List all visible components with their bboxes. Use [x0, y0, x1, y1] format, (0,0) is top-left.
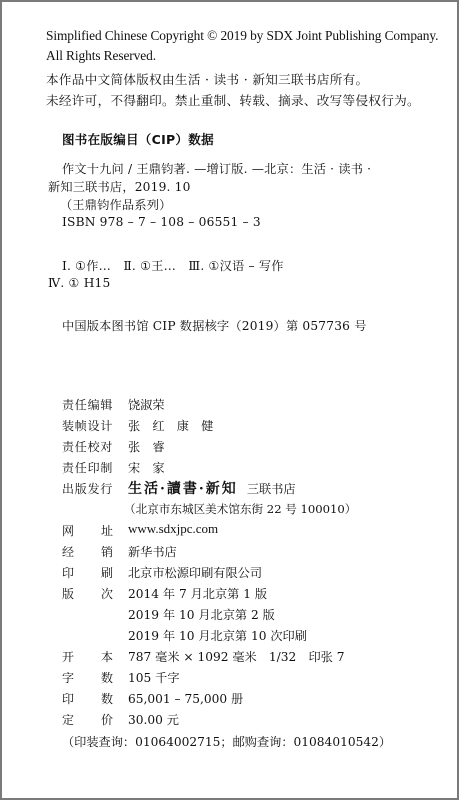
cip-series: （王鼎钧作品系列） [60, 196, 172, 213]
spec-label-a-price: 定 [62, 711, 74, 728]
spec-label-b-wordcount: 数 [101, 669, 113, 686]
credit-value-editor: 饶淑荣 [128, 396, 165, 413]
cip-classification-line1: Ⅰ. ①作… Ⅱ. ①王… Ⅲ. ①汉语 – 写作 [62, 257, 284, 274]
credit-label-design: 装帧设计 [62, 417, 113, 434]
detail-label-b-edition: 次 [101, 585, 113, 602]
spec-label-a-wordcount: 字 [62, 669, 74, 686]
credit-label-proofreader: 责任校对 [62, 438, 113, 455]
credit-value-design: 张 红 康 健 [128, 417, 213, 434]
cip-entry-line2: 新知三联书店，2019. 10 [48, 178, 191, 195]
copyright-page: Simplified Chinese Copyright © 2019 by S… [0, 0, 459, 800]
copyright-english-line2: All Rights Reserved. [46, 48, 156, 64]
price-value: 30.00 元 [128, 711, 179, 728]
printer-value: 北京市松源印刷有限公司 [128, 564, 262, 581]
publisher-logo: 生活·讀書·新知 [128, 481, 238, 497]
detail-label-a-website: 网 [62, 522, 74, 539]
spec-label-a-format: 开 [62, 648, 74, 665]
edition-second: 2019 年 10 月北京第 2 版 [128, 606, 275, 623]
wordcount-value: 105 千字 [128, 669, 180, 686]
cip-isbn: ISBN 978 – 7 – 108 – 06551 – 3 [62, 215, 261, 229]
spec-label-b-format: 本 [101, 648, 113, 665]
detail-label-a-distributor: 经 [62, 543, 74, 560]
credit-label-editor: 责任编辑 [62, 396, 113, 413]
cip-library-record: 中国版本图书馆 CIP 数据核字（2019）第 057736 号 [62, 317, 367, 334]
detail-label-a-printer: 印 [62, 564, 74, 581]
format-value: 787 毫米 × 1092 毫米 1/32 印张 7 [128, 648, 344, 665]
cip-classification-line2: Ⅳ. ① H15 [48, 276, 110, 290]
detail-label-a-edition: 版 [62, 585, 74, 602]
copyright-english-line1: Simplified Chinese Copyright © 2019 by S… [46, 28, 438, 44]
copyright-chinese-line1: 本作品中文简体版权由生活 · 读书 · 新知三联书店所有。 [46, 69, 368, 88]
copyright-chinese-line2: 未经许可，不得翻印。禁止重制、转载、摘录、改写等侵权行为。 [46, 90, 420, 109]
detail-label-b-website: 址 [101, 522, 113, 539]
print-run-value: 65,001 – 75,000 册 [128, 690, 243, 707]
website-link[interactable]: www.sdxjpc.com [128, 521, 218, 537]
spec-label-b-print-run: 数 [101, 690, 113, 707]
edition-printing: 2019 年 10 月北京第 10 次印刷 [128, 627, 307, 644]
cip-entry-line1: 作文十九问 / 王鼎钧著. —增订版. —北京：生活 · 读书 · [62, 160, 371, 177]
contact-info: （印装查询：01064002715；邮购查询：01084010542） [62, 733, 391, 750]
publisher-line: 生活·讀書·新知 三联书店 [128, 478, 296, 498]
credit-label-printing: 责任印制 [62, 459, 113, 476]
credit-value-proofreader: 张 睿 [128, 438, 165, 455]
credit-value-printing: 宋 家 [128, 459, 165, 476]
distributor-value: 新华书店 [128, 543, 177, 560]
edition-first: 2014 年 7 月北京第 1 版 [128, 585, 267, 602]
publisher-address: （北京市东城区美术馆东街 22 号 100010） [124, 501, 356, 517]
detail-label-b-distributor: 销 [101, 543, 113, 560]
publisher-name: 三联书店 [247, 482, 296, 496]
detail-label-b-printer: 刷 [101, 564, 113, 581]
spec-label-b-price: 价 [101, 711, 113, 728]
publisher-label: 出版发行 [62, 480, 113, 497]
spec-label-a-print-run: 印 [62, 690, 74, 707]
cip-heading: 图书在版编目（CIP）数据 [62, 130, 214, 148]
